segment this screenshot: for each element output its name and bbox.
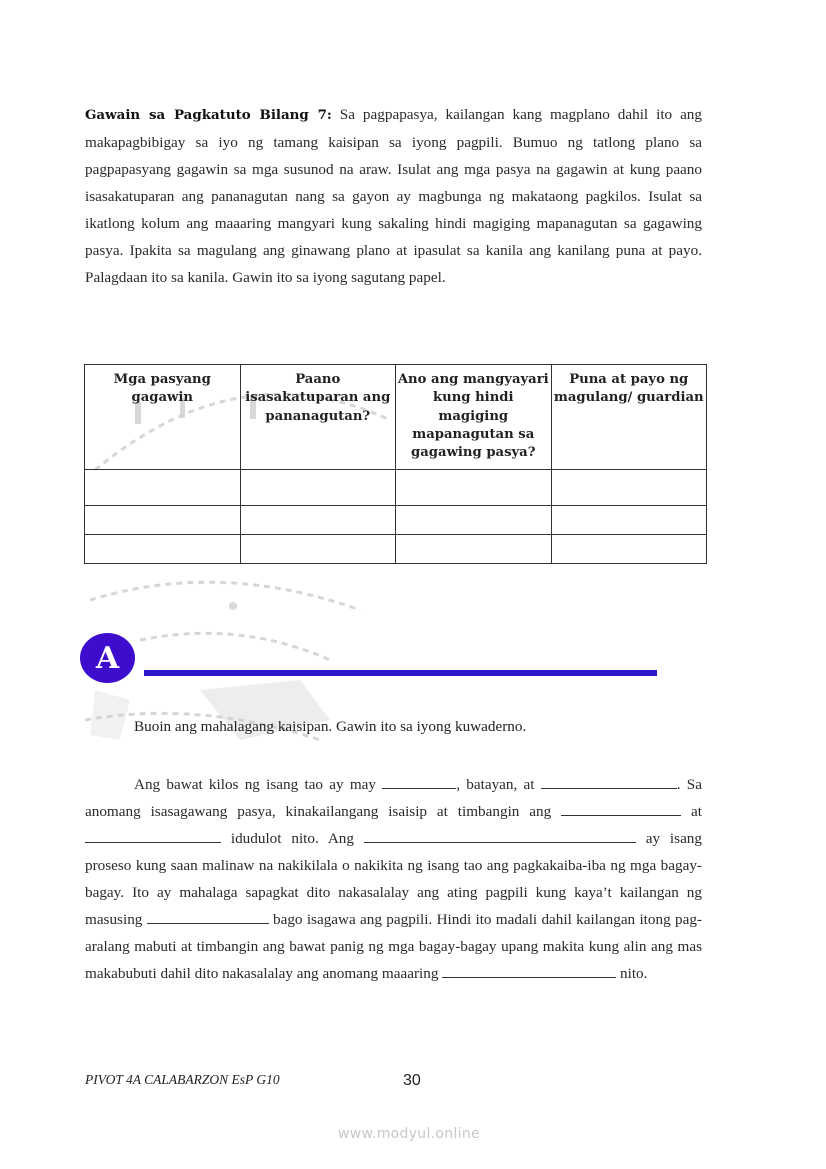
table-cell[interactable]: [240, 470, 396, 506]
table-cell[interactable]: [396, 470, 552, 506]
header-mga-pasyang-gagawin: Mga pasyang gagawin: [85, 365, 241, 470]
table-cell[interactable]: [551, 506, 707, 535]
table-row: [85, 535, 707, 564]
paragraph-text: nito.: [616, 965, 647, 982]
table-cell[interactable]: [85, 470, 241, 506]
paragraph-text: idudulot nito. Ang: [221, 830, 364, 847]
table-cell[interactable]: [551, 535, 707, 564]
table-cell[interactable]: [85, 535, 241, 564]
table-cell[interactable]: [240, 506, 396, 535]
table-row: [85, 506, 707, 535]
plan-table: Mga pasyang gagawin Paano isasakatuparan…: [84, 364, 707, 564]
table-cell[interactable]: [396, 506, 552, 535]
paragraph-text: at: [681, 803, 702, 820]
section-badge: A: [80, 633, 135, 683]
blank-3[interactable]: [561, 801, 681, 816]
document-page: Gawain sa Pagkatuto Bilang 7: Sa pagpapa…: [0, 0, 826, 1169]
page-number: 30: [403, 1072, 421, 1090]
header-puna-at-payo: Puna at payo ng magulang/ guardian: [551, 365, 707, 470]
blank-6[interactable]: [147, 909, 269, 924]
header-paano-isasakatuparan: Paano isasakatuparan ang pananagutan?: [240, 365, 396, 470]
blank-2[interactable]: [541, 774, 677, 789]
fill-in-paragraph: Ang bawat kilos ng isang tao ay may , ba…: [85, 771, 702, 987]
website-watermark: www.modyul.online: [338, 1126, 480, 1142]
header-ano-ang-mangyayari: Ano ang mangyayari kung hindi magiging m…: [396, 365, 552, 470]
blank-5[interactable]: [364, 828, 636, 843]
table-cell[interactable]: [85, 506, 241, 535]
paragraph-text: , batayan, at: [456, 776, 541, 793]
paragraph-text: Ang bawat kilos ng isang tao ay may: [134, 776, 382, 793]
blank-7[interactable]: [442, 963, 616, 978]
activity-instructions: Gawain sa Pagkatuto Bilang 7: Sa pagpapa…: [85, 101, 702, 291]
module-footer: PIVOT 4A CALABARZON EsP G10: [85, 1072, 280, 1088]
table-cell[interactable]: [551, 470, 707, 506]
table-row: [85, 470, 707, 506]
section-divider: [144, 670, 657, 676]
table-header-row: Mga pasyang gagawin Paano isasakatuparan…: [85, 365, 707, 470]
section-instruction: Buoin ang mahalagang kaisipan. Gawin ito…: [134, 718, 526, 736]
blank-1[interactable]: [382, 774, 456, 789]
activity-body: Sa pagpapasya, kailangan kang magplano d…: [85, 106, 702, 286]
blank-4[interactable]: [85, 828, 221, 843]
activity-title: Gawain sa Pagkatuto Bilang 7:: [85, 107, 332, 123]
table-cell[interactable]: [240, 535, 396, 564]
table-cell[interactable]: [396, 535, 552, 564]
